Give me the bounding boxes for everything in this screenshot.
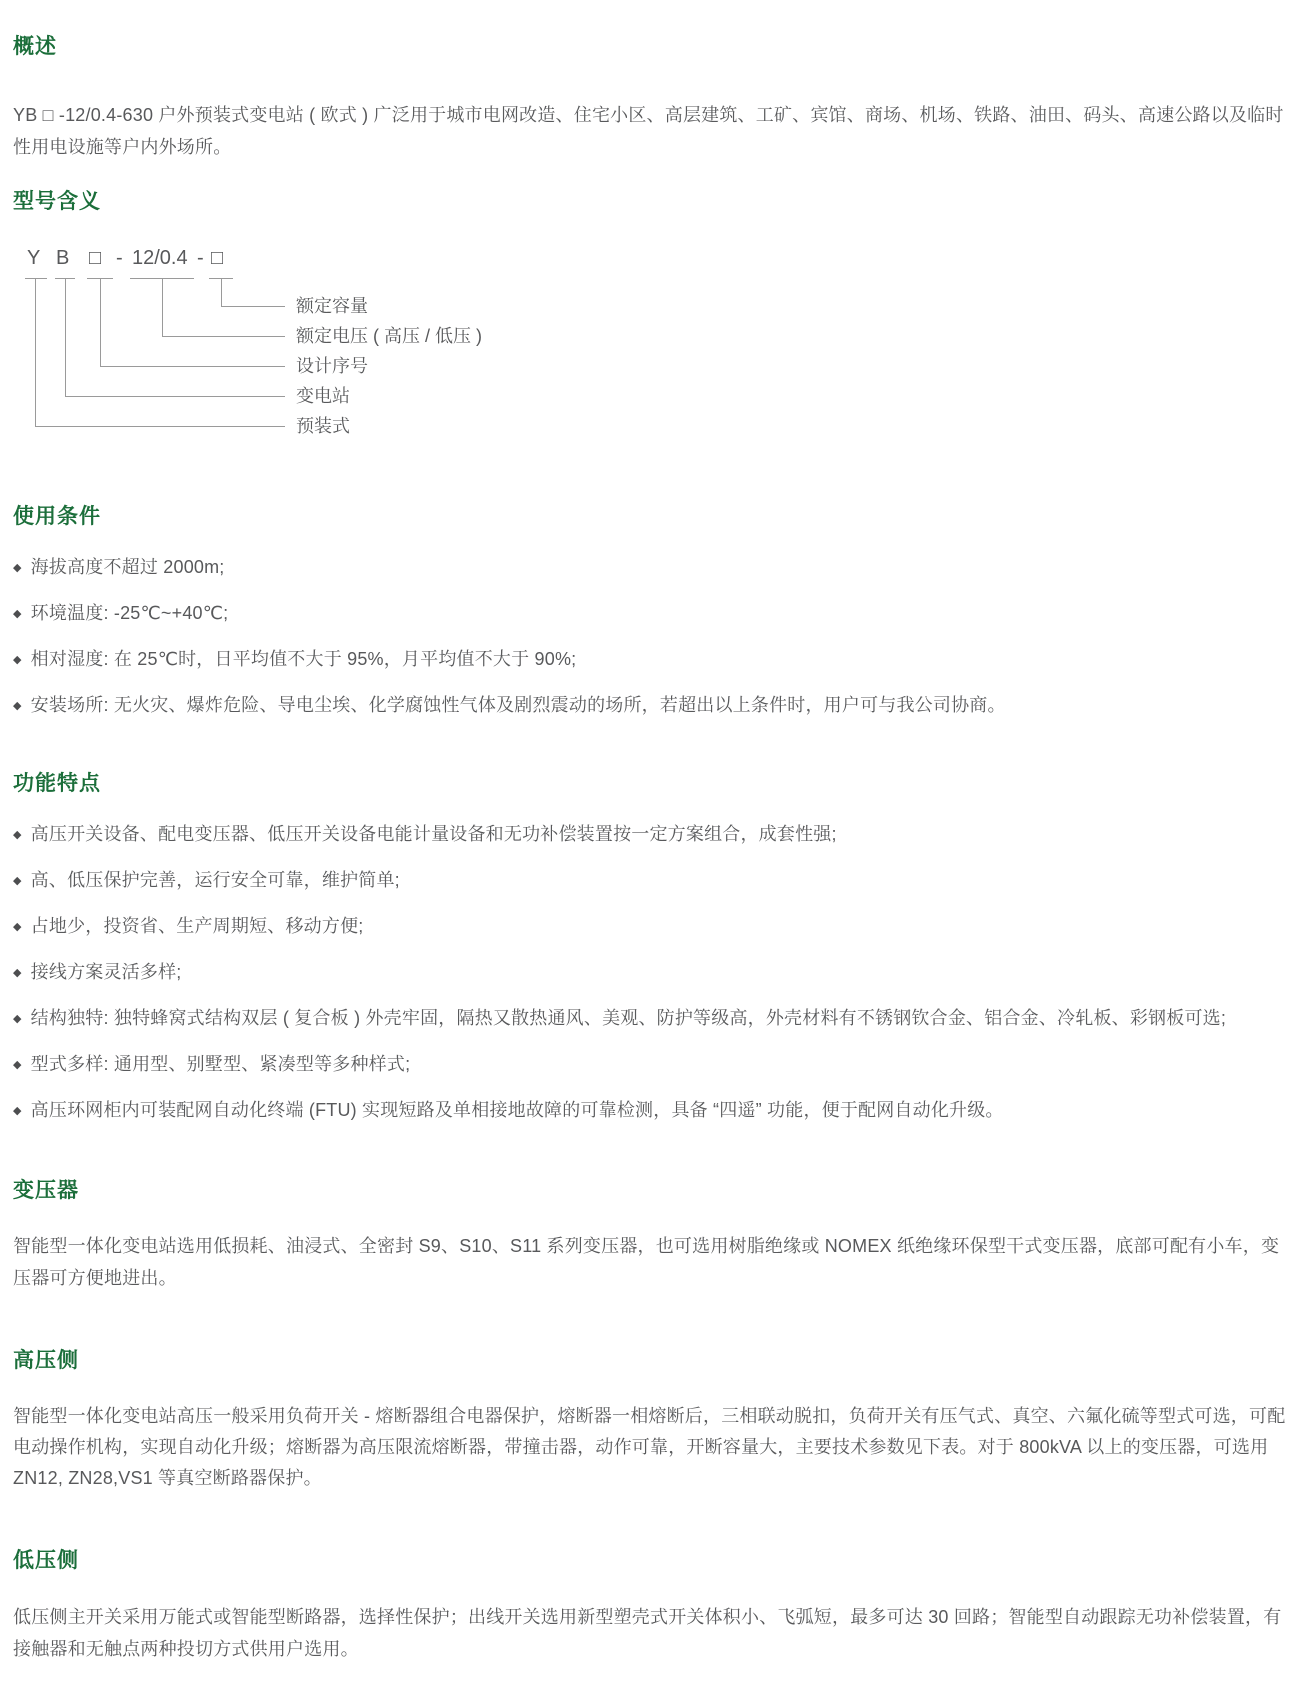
list-item: 接线方案灵活多样; — [13, 961, 1290, 984]
list-item: 型式多样: 通用型、别墅型、紧凑型等多种样式; — [13, 1053, 1290, 1076]
list-item: 安装场所: 无火灾、爆炸危险、导电尘埃、化学腐蚀性气体及剧烈震动的场所，若超出以… — [13, 694, 1290, 717]
list-item: 高压环网柜内可装配网自动化终端 (FTU) 实现短路及单相接地故障的可靠检测，具… — [13, 1099, 1290, 1122]
bullet-diamond-icon — [13, 870, 22, 892]
feature-text: 高压开关设备、配电变压器、低压开关设备电能计量设备和无功补偿装置按一定方案组合，… — [31, 824, 837, 844]
bullet-diamond-icon — [13, 649, 22, 671]
feature-text: 高、低压保护完善，运行安全可靠，维护简单; — [31, 870, 400, 890]
model-code-token: - — [116, 246, 123, 270]
model-code-diagram: Y B □ - 12/0.4 - □ 额定容量 额定电压 ( 高压 / 低压 )… — [13, 238, 1290, 453]
section-title-conditions: 使用条件 — [13, 503, 1290, 530]
list-item: 占地少，投资省、生产周期短、移动方便; — [13, 915, 1290, 938]
bullet-diamond-icon — [13, 1054, 22, 1076]
feature-text: 型式多样: 通用型、别墅型、紧凑型等多种样式; — [31, 1054, 411, 1074]
model-label-rated-voltage: 额定电压 ( 高压 / 低压 ) — [296, 325, 482, 347]
list-item: 环境温度: -25℃~+40℃; — [13, 602, 1290, 625]
bullet-diamond-icon — [13, 1008, 22, 1030]
document-page: 概述 YB □ -12/0.4-630 户外预装式变电站 ( 欧式 ) 广泛用于… — [0, 0, 1302, 1686]
hv-side-paragraph: 智能型一体化变电站高压一般采用负荷开关 - 熔断器组合电器保护，熔断器一相熔断后… — [13, 1401, 1290, 1494]
bullet-diamond-icon — [13, 916, 22, 938]
section-title-lv-side: 低压侧 — [13, 1547, 1290, 1574]
connector-line — [35, 278, 36, 426]
list-item: 结构独特: 独特蜂窝式结构双层 ( 复合板 ) 外壳牢固，隔热又散热通风、美观、… — [13, 1007, 1290, 1030]
bullet-diamond-icon — [13, 603, 22, 625]
connector-line — [100, 278, 101, 366]
condition-text: 海拔高度不超过 2000m; — [31, 557, 225, 577]
connector-line — [100, 366, 285, 367]
feature-text: 高压环网柜内可装配网自动化终端 (FTU) 实现短路及单相接地故障的可靠检测，具… — [31, 1100, 1004, 1120]
connector-line — [162, 278, 163, 336]
features-list: 高压开关设备、配电变压器、低压开关设备电能计量设备和无功补偿装置按一定方案组合，… — [13, 823, 1290, 1122]
list-item: 高、低压保护完善，运行安全可靠，维护简单; — [13, 869, 1290, 892]
connector-line — [65, 396, 285, 397]
bullet-diamond-icon — [13, 557, 22, 579]
section-title-features: 功能特点 — [13, 770, 1290, 797]
list-item: 高压开关设备、配电变压器、低压开关设备电能计量设备和无功补偿装置按一定方案组合，… — [13, 823, 1290, 846]
model-code-token: □ — [89, 246, 101, 270]
bullet-diamond-icon — [13, 824, 22, 846]
connector-line — [162, 336, 285, 337]
model-code-token: □ — [211, 246, 223, 270]
section-title-model-meaning: 型号含义 — [13, 188, 1290, 215]
model-code-token: B — [56, 246, 69, 270]
condition-text: 相对湿度: 在 25℃时，日平均值不大于 95%，月平均值不大于 90%; — [31, 649, 577, 669]
model-code-token: 12/0.4 — [132, 246, 188, 270]
transformer-paragraph: 智能型一体化变电站选用低损耗、油浸式、全密封 S9、S10、S11 系列变压器，… — [13, 1230, 1290, 1294]
list-item: 相对湿度: 在 25℃时，日平均值不大于 95%，月平均值不大于 90%; — [13, 648, 1290, 671]
condition-text: 安装场所: 无火灾、爆炸危险、导电尘埃、化学腐蚀性气体及剧烈震动的场所，若超出以… — [31, 695, 1006, 715]
model-label-rated-capacity: 额定容量 — [296, 295, 368, 317]
section-title-transformer: 变压器 — [13, 1177, 1290, 1204]
connector-line — [221, 306, 285, 307]
overview-paragraph: YB □ -12/0.4-630 户外预装式变电站 ( 欧式 ) 广泛用于城市电… — [13, 99, 1290, 163]
connector-line — [221, 278, 222, 306]
connector-line — [65, 278, 66, 396]
connector-line — [25, 278, 47, 279]
model-code-token: Y — [27, 246, 40, 270]
model-code-token: - — [197, 246, 204, 270]
bullet-diamond-icon — [13, 962, 22, 984]
feature-text: 结构独特: 独特蜂窝式结构双层 ( 复合板 ) 外壳牢固，隔热又散热通风、美观、… — [31, 1008, 1226, 1028]
model-label-prefabricated: 预装式 — [296, 415, 350, 437]
bullet-diamond-icon — [13, 1100, 22, 1122]
lv-side-paragraph: 低压侧主开关采用万能式或智能型断路器，选择性保护；出线开关选用新型塑壳式开关体积… — [13, 1601, 1290, 1665]
feature-text: 接线方案灵活多样; — [31, 962, 182, 982]
feature-text: 占地少，投资省、生产周期短、移动方便; — [31, 916, 364, 936]
section-title-hv-side: 高压侧 — [13, 1347, 1290, 1374]
section-title-overview: 概述 — [13, 33, 1290, 60]
model-label-substation: 变电站 — [296, 385, 350, 407]
model-label-design-serial: 设计序号 — [296, 355, 368, 377]
conditions-list: 海拔高度不超过 2000m; 环境温度: -25℃~+40℃; 相对湿度: 在 … — [13, 556, 1290, 717]
connector-line — [35, 426, 285, 427]
condition-text: 环境温度: -25℃~+40℃; — [31, 603, 229, 623]
bullet-diamond-icon — [13, 695, 22, 717]
list-item: 海拔高度不超过 2000m; — [13, 556, 1290, 579]
